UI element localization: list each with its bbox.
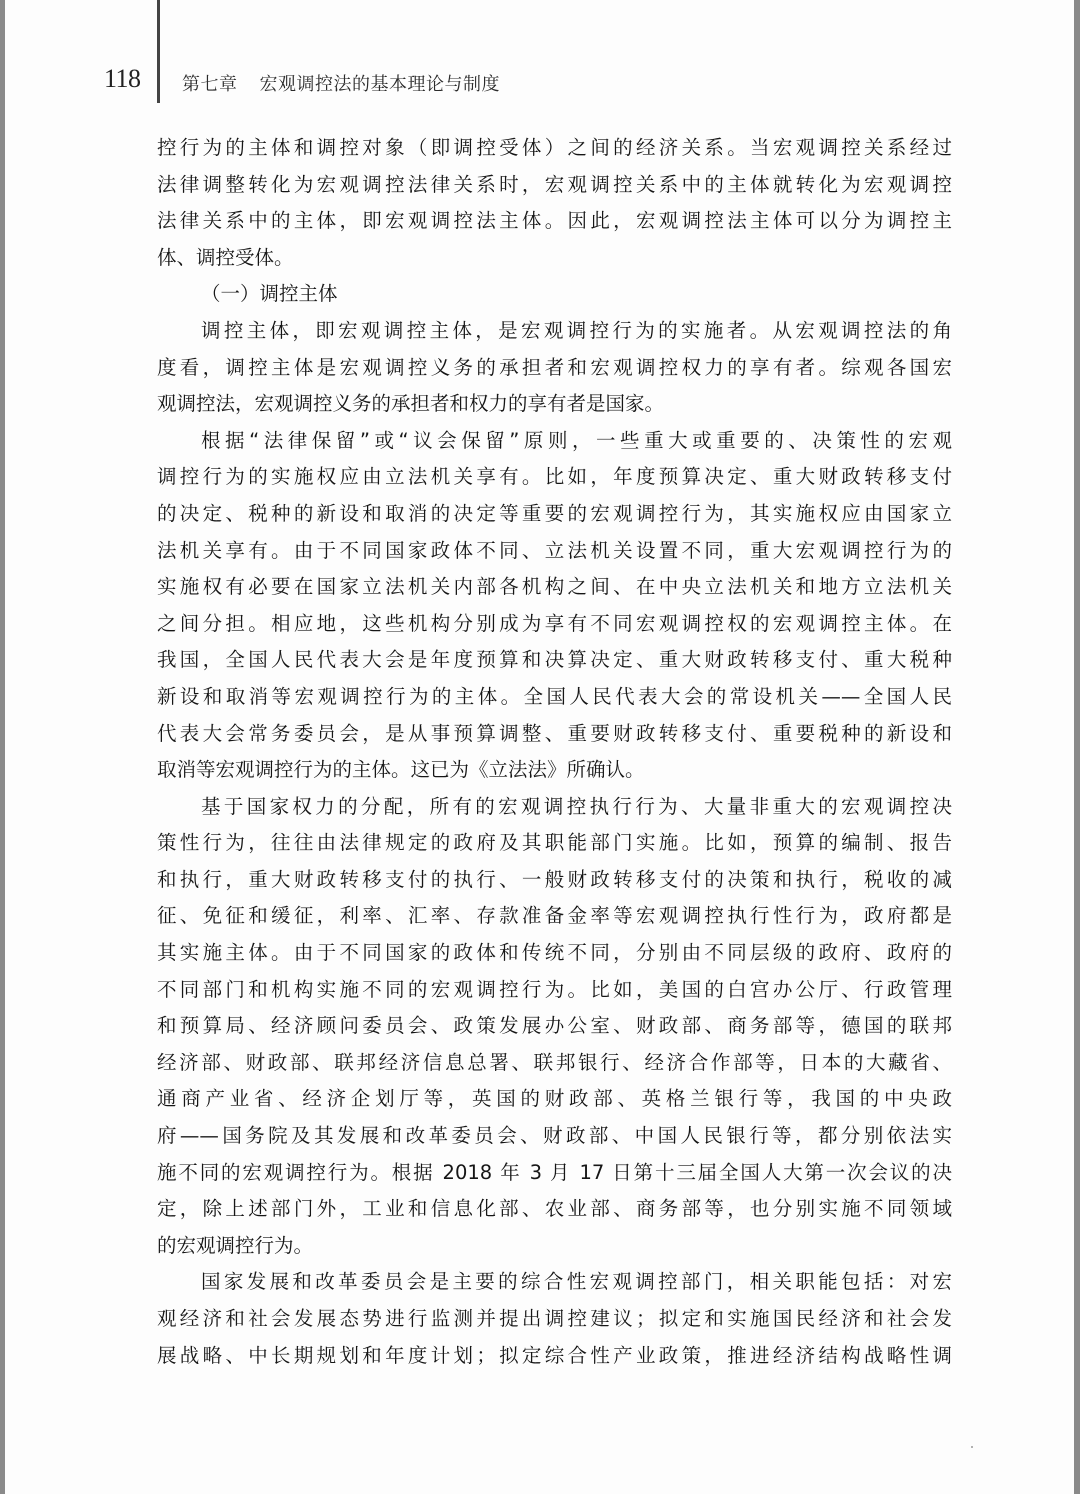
text-line: 根据“法律保留”或“议会保留”原则，一些重大或重要的、决策性的宏观	[157, 423, 952, 460]
body-text: 控行为的主体和调控对象（即调控受体）之间的经济关系。当宏观调控关系经过 法律调整…	[157, 130, 952, 1374]
text-line: 新设和取消等宏观调控行为的主体。全国人民代表大会的常设机关——全国人民	[157, 679, 952, 716]
section-heading: （一）调控主体	[157, 276, 952, 313]
text-line: 取消等宏观调控行为的主体。这已为《立法法》所确认。	[157, 752, 952, 789]
text-line: 其实施主体。由于不同国家的政体和传统不同，分别由不同层级的政府、政府的	[157, 935, 952, 972]
text-line: 的宏观调控行为。	[157, 1228, 952, 1265]
text-line: 基于国家权力的分配，所有的宏观调控执行行为、大量非重大的宏观调控决	[157, 789, 952, 826]
chapter-title: 宏观调控法的基本理论与制度	[260, 74, 501, 95]
text-line: 国家发展和改革委员会是主要的综合性宏观调控部门，相关职能包括：对宏	[157, 1264, 952, 1301]
text-line: 观经济和社会发展态势进行监测并提出调控建议；拟定和实施国民经济和社会发	[157, 1301, 952, 1338]
text-line: 通商产业省、经济企划厅等，英国的财政部、英格兰银行等，我国的中央政	[157, 1081, 952, 1118]
chapter-label: 第七章	[182, 74, 238, 95]
text-line: 代表大会常务委员会，是从事预算调整、重要财政转移支付、重要税种的新设和	[157, 716, 952, 753]
scan-speck	[568, 762, 570, 764]
text-line: 我国，全国人民代表大会是年度预算和决算决定、重大财政转移支付、重大税种	[157, 642, 952, 679]
text-line: 和执行，重大财政转移支付的执行、一般财政转移支付的决策和执行，税收的减	[157, 862, 952, 899]
text-line: 法机关享有。由于不同国家政体不同、立法机关设置不同，重大宏观调控行为的	[157, 533, 952, 570]
text-line: 施不同的宏观调控行为。根据 2018 年 3 月 17 日第十三届全国人大第一次…	[157, 1155, 952, 1192]
page-number: 118	[104, 64, 141, 94]
text-line: 体、调控受体。	[157, 240, 952, 277]
running-head: 第七章宏观调控法的基本理论与制度	[182, 70, 500, 96]
text-line: 实施权有必要在国家立法机关内部各机构之间、在中央立法机关和地方立法机关	[157, 569, 952, 606]
text-line: 调控行为的实施权应由立法机关享有。比如，年度预算决定、重大财政转移支付	[157, 459, 952, 496]
text-line: 法律关系中的主体，即宏观调控法主体。因此，宏观调控法主体可以分为调控主	[157, 203, 952, 240]
text-line: 法律调整转化为宏观调控法律关系时，宏观调控关系中的主体就转化为宏观调控	[157, 167, 952, 204]
text-line: 调控主体，即宏观调控主体，是宏观调控行为的实施者。从宏观调控法的角	[157, 313, 952, 350]
text-line: 不同部门和机构实施不同的宏观调控行为。比如，美国的白宫办公厅、行政管理	[157, 972, 952, 1009]
text-line: 策性行为，往往由法律规定的政府及其职能部门实施。比如，预算的编制、报告	[157, 825, 952, 862]
text-line: 度看，调控主体是宏观调控义务的承担者和宏观调控权力的享有者。综观各国宏	[157, 350, 952, 387]
scan-border-right	[1074, 0, 1080, 1494]
text-line: 经济部、财政部、联邦经济信息总署、联邦银行、经济合作部等，日本的大藏省、	[157, 1045, 952, 1082]
text-line: 之间分担。相应地，这些机构分别成为享有不同宏观调控权的宏观调控主体。在	[157, 606, 952, 643]
text-line: 府——国务院及其发展和改革委员会、财政部、中国人民银行等，都分别依法实	[157, 1118, 952, 1155]
text-line: 展战略、中长期规划和年度计划；拟定综合性产业政策，推进经济结构战略性调	[157, 1338, 952, 1375]
text-line: 控行为的主体和调控对象（即调控受体）之间的经济关系。当宏观调控关系经过	[157, 130, 952, 167]
text-line: 的决定、税种的新设和取消的决定等重要的宏观调控行为，其实施权应由国家立	[157, 496, 952, 533]
text-line: 和预算局、经济顾问委员会、政策发展办公室、财政部、商务部等，德国的联邦	[157, 1008, 952, 1045]
header-vertical-rule	[157, 0, 160, 103]
text-line: 征、免征和缓征，利率、汇率、存款准备金率等宏观调控执行性行为，政府都是	[157, 898, 952, 935]
text-line: 定，除上述部门外，工业和信息化部、农业部、商务部等，也分别实施不同领域	[157, 1191, 952, 1228]
text-line: 观调控法，宏观调控义务的承担者和权力的享有者是国家。	[157, 386, 952, 423]
scan-speck	[971, 1446, 973, 1448]
